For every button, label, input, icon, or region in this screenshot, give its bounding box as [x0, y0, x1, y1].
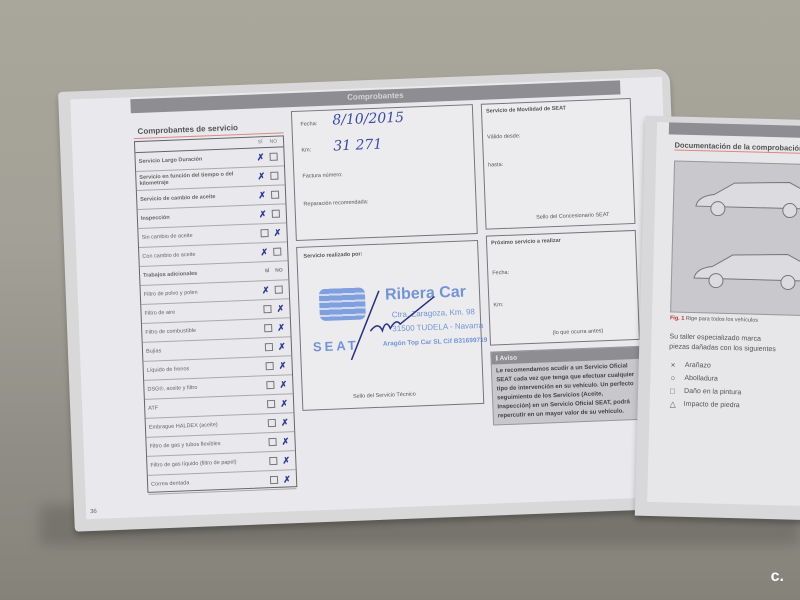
- right-page-inner: Documentación de la comprobación Fig. 1 …: [647, 122, 800, 506]
- mobility-column: Servicio de Movilidad de SEAT Válido des…: [481, 98, 643, 426]
- checklist-row-label: Trabajos adicionales: [143, 268, 261, 279]
- damage-legend: ×Arañazo○Abolladura□Daño en la pintura△I…: [670, 358, 743, 412]
- checkmark-no-icon: ✗: [274, 303, 286, 314]
- right-page-title: Documentación de la comprobación: [674, 140, 800, 153]
- km-label: Km:: [301, 147, 311, 153]
- legend-item: △Impacto de piedra: [670, 397, 742, 412]
- checkbox-yes[interactable]: [260, 229, 268, 237]
- checkmark-no-icon: ✗: [279, 417, 291, 428]
- checklist-row-label: Servicio en función del tiempo o del kil…: [139, 170, 255, 186]
- checklist-row-label: Sin cambio de aceite: [142, 230, 258, 240]
- col-yes: SÍ: [258, 139, 263, 145]
- checkmark-yes-icon: ✗: [257, 209, 269, 220]
- col-no: NO: [269, 139, 277, 145]
- legend-symbol-icon: ○: [670, 373, 684, 382]
- checklist-rows: Servicio Largo Duración✗Servicio en func…: [135, 147, 296, 494]
- checkmark-yes-icon: ✗: [260, 284, 272, 295]
- legend-symbol-icon: △: [670, 399, 684, 408]
- checkbox-no[interactable]: [272, 210, 280, 218]
- mobility-box: Servicio de Movilidad de SEAT Válido des…: [481, 98, 636, 230]
- checkbox-yes[interactable]: [264, 324, 272, 332]
- reparacion-label: Reparación recomendada:: [303, 199, 368, 207]
- checkmark-no-icon: ✗: [271, 227, 283, 238]
- legend-symbol-icon: □: [670, 386, 684, 395]
- signature-icon: [339, 279, 442, 363]
- checklist-row-label: Filtro de gas y tubos flexibles: [150, 439, 266, 449]
- checkmark-yes-icon: ✗: [258, 246, 270, 257]
- checkbox-no[interactable]: [270, 172, 278, 180]
- figure-caption: Fig. 1 Rige para todos los vehículos: [670, 315, 758, 323]
- left-spread: Comprobantes Comprobantes de servicio SÍ…: [70, 77, 678, 519]
- checklist-row-label: Filtro de combustible: [145, 325, 261, 335]
- text-line: piezas dañadas con los siguientes: [669, 342, 776, 355]
- checkmark-no-icon: ✗: [276, 360, 288, 371]
- page-number: 36: [90, 509, 97, 515]
- checklist-row-label: Servicio Largo Duración: [139, 155, 255, 165]
- seal-label: Sello del Servicio Técnico: [353, 391, 416, 399]
- fecha-label: Fecha:: [300, 121, 317, 128]
- column-label-no: NO: [273, 267, 285, 273]
- checkmark-no-icon: ✗: [278, 398, 290, 409]
- checkbox-yes[interactable]: [265, 343, 273, 351]
- checklist-row-label: Líquido de frenos: [147, 363, 263, 373]
- checkmark-yes-icon: ✗: [256, 190, 268, 201]
- watermark-logo: c.: [771, 568, 784, 586]
- checklist-row-label: Correa dentada: [151, 477, 267, 487]
- right-page-text: Su taller especializado marca piezas dañ…: [669, 332, 776, 355]
- km-value: 31 271: [333, 137, 383, 155]
- warning-title: Aviso: [499, 355, 517, 363]
- next-service-box: Próximo servicio a realizar Fecha: Km: (…: [486, 230, 640, 346]
- checkmark-no-icon: ✗: [280, 455, 292, 466]
- checkmark-yes-icon: ✗: [255, 171, 267, 182]
- checklist-row-label: DSG®, aceite y filtro: [147, 382, 263, 392]
- next-service-title: Próximo servicio a realizar: [491, 238, 561, 247]
- car-side-icon: [692, 248, 800, 291]
- mobility-title: Servicio de Movilidad de SEAT: [486, 106, 566, 115]
- checklist-row-label: Bujías: [146, 344, 262, 354]
- figure-text: Rige para todos los vehículos: [686, 316, 758, 324]
- checkmark-no-icon: ✗: [279, 436, 291, 447]
- legend-label: Impacto de piedra: [684, 401, 740, 409]
- legend-label: Abolladura: [684, 375, 718, 383]
- warning-body: Le recomendamos acudir a un Servicio Ofi…: [492, 359, 642, 425]
- factura-label: Factura número:: [302, 172, 343, 180]
- checkmark-no-icon: ✗: [276, 341, 288, 352]
- checkbox-yes[interactable]: [270, 476, 278, 484]
- checkbox-yes[interactable]: [266, 362, 274, 370]
- checkbox-yes[interactable]: [268, 419, 276, 427]
- service-record-box: Fecha: 8/10/2015 Km: 31 271 Factura núme…: [291, 104, 478, 241]
- checklist-row-label: Filtro de polvo y polen: [144, 287, 260, 297]
- valid-from-label: Válido desde:: [487, 133, 521, 140]
- figure-number: Fig. 1: [670, 315, 685, 321]
- right-page: Documentación de la comprobación Fig. 1 …: [635, 116, 800, 521]
- checklist-row-label: ATF: [148, 401, 264, 411]
- checklist-row-label: Con cambio de aceite: [142, 249, 258, 259]
- checkmark-yes-icon: ✗: [254, 152, 266, 163]
- checkbox-yes[interactable]: [269, 457, 277, 465]
- checklist-row-label: Filtro de gas líquido (filtro de papel): [150, 458, 266, 468]
- service-checklist-column: Comprobantes de servicio SÍ NO Servicio …: [133, 119, 297, 496]
- checkbox-no[interactable]: [275, 286, 283, 294]
- performed-by-box: Servicio realizado por: SEAT Ribera Car …: [296, 240, 484, 411]
- checklist-row-label: Inspección: [141, 211, 257, 221]
- legend-label: Arañazo: [685, 362, 711, 370]
- checkbox-yes[interactable]: [263, 305, 271, 313]
- checkmark-no-icon: ✗: [281, 474, 293, 485]
- next-service-note: (lo que ocurra antes): [553, 328, 604, 336]
- checklist-row-label: Filtro de aire: [144, 306, 260, 316]
- next-km-label: Km:: [493, 302, 503, 308]
- checkbox-no[interactable]: [273, 248, 281, 256]
- until-label: hasta:: [488, 162, 503, 169]
- service-booklet: Comprobantes Comprobantes de servicio SÍ…: [58, 69, 686, 532]
- checkbox-yes[interactable]: [268, 438, 276, 446]
- next-fecha-label: Fecha:: [492, 270, 509, 277]
- service-checklist: SÍ NO Servicio Largo Duración✗Servicio e…: [134, 135, 297, 492]
- warning-box: ℹ Aviso Le recomendamos acudir a un Serv…: [490, 346, 643, 426]
- fecha-value: 8/10/2015: [332, 110, 404, 129]
- checkbox-no[interactable]: [269, 153, 277, 161]
- mobility-seal-label: Sello del Concesionario SEAT: [536, 212, 609, 221]
- legend-symbol-icon: ×: [671, 360, 685, 369]
- car-diagram: [670, 160, 800, 316]
- checklist-row-label: Embrague HALDEX (aceite): [149, 420, 265, 430]
- service-record-column: Fecha: 8/10/2015 Km: 31 271 Factura núme…: [291, 104, 484, 411]
- car-side-icon: [694, 176, 800, 219]
- checkbox-no[interactable]: [271, 191, 279, 199]
- legend-label: Daño en la pintura: [684, 388, 741, 396]
- column-label-yes: SÍ: [261, 268, 273, 274]
- performed-by-label: Servicio realizado por:: [303, 251, 362, 259]
- checkmark-no-icon: ✗: [277, 379, 289, 390]
- right-header-bar: [669, 122, 800, 138]
- checkbox-yes[interactable]: [266, 381, 274, 389]
- checklist-row-label: Servicio de cambio de aceite: [140, 192, 256, 202]
- checkmark-no-icon: ✗: [275, 322, 287, 333]
- checkbox-yes[interactable]: [267, 400, 275, 408]
